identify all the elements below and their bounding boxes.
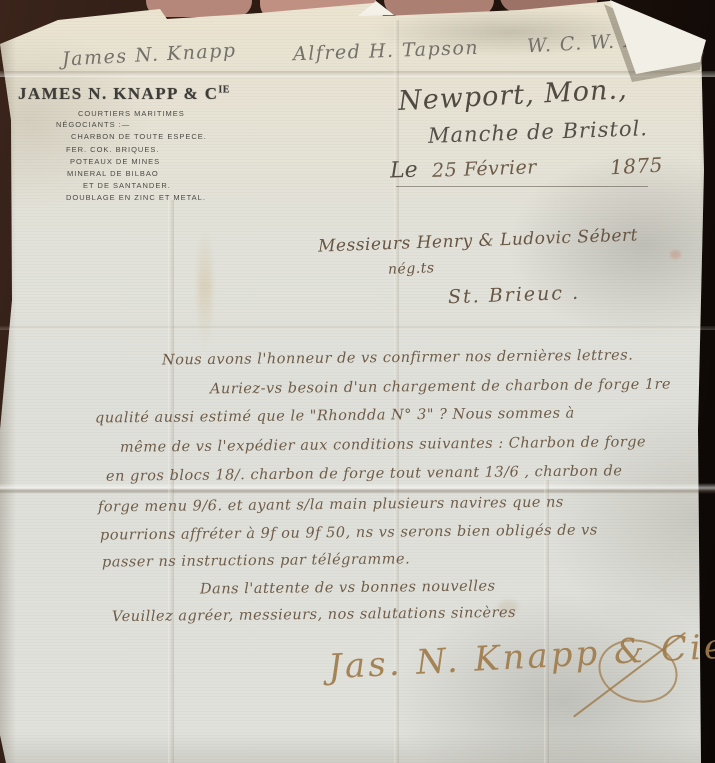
photograph-of-letter: James N. Knapp Alfred H. Tapson W. C. W.… [0,0,715,763]
letterhead-trade-item: FER. COK. BRIQUES. [66,145,159,154]
letterhead-trade-item: MINERAL DE BILBAO [67,169,159,178]
body-line: passer ns instructions par télégramme. [102,551,410,570]
letterhead-trade-item: CHARBON DE TOUTE ESPECE. [71,132,207,141]
date-prefix: Le [390,158,418,184]
paper-stain [198,228,212,346]
letterhead-subtitle: COURTIERS MARITIMES [78,109,185,118]
letterhead-trade-item: DOUBLAGE EN ZINC ET METAL. [66,193,206,202]
letterhead-trades-label: NÉGOCIANTS :— [56,120,130,129]
company-name-suffix: IE [218,84,230,95]
company-name: JAMES N. KNAPP & CIE [18,84,230,104]
paper-stain [670,250,681,259]
recipient-title: nég.ts [388,260,435,278]
letterhead-trade-item: ET DE SANTANDER. [83,181,171,190]
date-day-month: 25 Février [432,156,538,182]
date-rule-line [396,186,648,187]
closing-line-1: Dans l'attente de vs bonnes nouvelles [200,578,496,597]
company-name-main: JAMES N. KNAPP & C [18,84,218,103]
recipient-city: St. Brieuc . [448,282,581,309]
letterhead-trade-item: POTEAUX DE MINES [70,157,160,166]
date-year: 1875 [609,153,663,180]
